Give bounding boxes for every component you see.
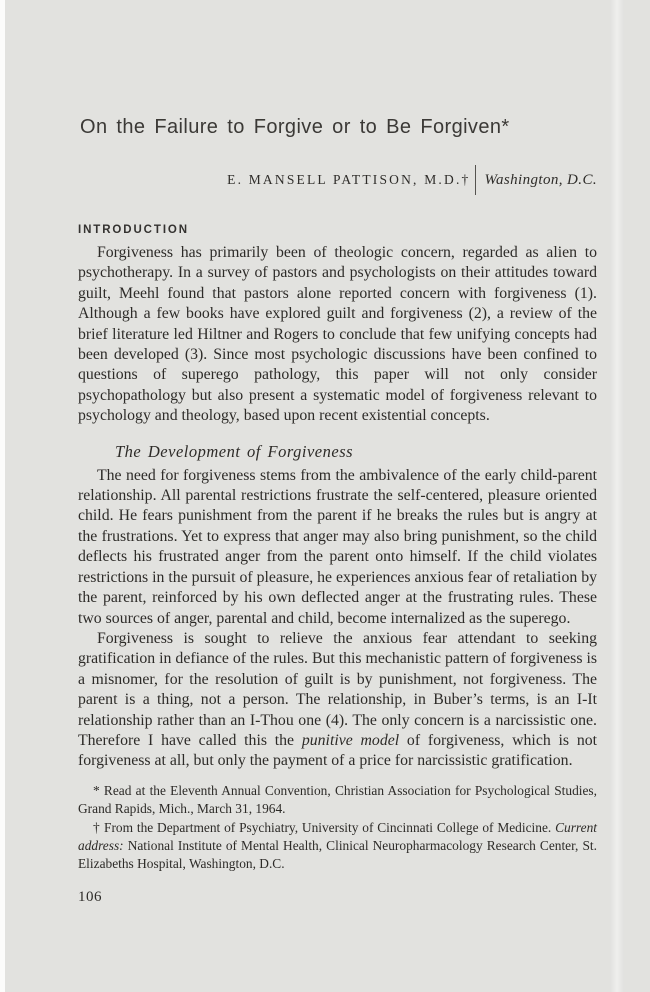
punitive-model-emphasis: punitive model (302, 732, 399, 749)
footnote-text-segment: National Institute of Mental Health, Cli… (78, 838, 597, 871)
introduction-paragraph: Forgiveness has primarily been of theolo… (78, 243, 597, 427)
scan-light-streak (610, 0, 624, 992)
footnote-text-segment: † From the Department of Psychiatry, Uni… (93, 820, 555, 835)
footnote-presentation: * Read at the Eleventh Annual Convention… (78, 782, 597, 819)
footnote-affiliation: † From the Department of Psychiatry, Uni… (78, 819, 597, 874)
byline-author: E. MANSELL PATTISON, M.D.† (227, 172, 470, 187)
page-content: On the Failure to Forgive or to Be Forgi… (78, 116, 597, 906)
section-heading-introduction: INTRODUCTION (78, 224, 597, 236)
footnotes-block: * Read at the Eleventh Annual Convention… (78, 782, 597, 874)
scanned-page: On the Failure to Forgive or to Be Forgi… (0, 0, 650, 992)
byline-location: Washington, D.C. (484, 172, 597, 188)
page-left-edge (0, 0, 5, 992)
subsection-heading-development: The Development of Forgiveness (115, 442, 597, 462)
byline-divider-rule (475, 165, 476, 195)
page-number: 106 (78, 889, 597, 906)
byline: E. MANSELL PATTISON, M.D.†Washington, D.… (78, 164, 597, 196)
development-paragraph-1: The need for forgiveness stems from the … (78, 466, 597, 629)
development-paragraph-2: Forgiveness is sought to relieve the anx… (78, 629, 597, 772)
page-title: On the Failure to Forgive or to Be Forgi… (80, 116, 597, 139)
